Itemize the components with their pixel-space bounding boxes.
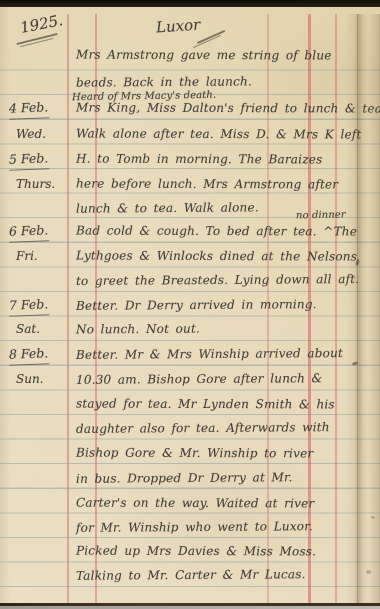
diary-line: lunch & to tea. Walk alone. bbox=[76, 197, 259, 218]
diary-line: H. to Tomb in morning. The Baraizes bbox=[76, 149, 322, 170]
diary-line: Talking to Mr. Carter & Mr Lucas. bbox=[76, 564, 306, 586]
diary-line: Bad cold & cough. To bed after tea. ^The bbox=[76, 221, 357, 242]
diary-line: daughter also for tea. Afterwards with bbox=[76, 417, 330, 439]
diary-line: Better. Mr & Mrs Winship arrived about bbox=[76, 343, 343, 365]
entry-day: Wed. bbox=[16, 124, 46, 144]
diary-line: Carter's on the way. Waited at river bbox=[76, 493, 314, 514]
entry-date: 5 Feb. bbox=[9, 149, 49, 170]
diary-line: Lythgoes & Winlocks dined at the Nelsons bbox=[76, 246, 357, 267]
entry-day: Thurs. bbox=[16, 174, 55, 194]
entry-day: Sun. bbox=[16, 369, 44, 389]
title-underline-flourish bbox=[197, 30, 225, 44]
diary-line: stayed for tea. Mr Lynden Smith & his bbox=[76, 394, 335, 415]
diary-line: to greet the Breasteds. Lying down all a… bbox=[76, 269, 359, 291]
diary-line: Mrs King, Miss Dalton's friend to lunch … bbox=[76, 97, 380, 118]
entry-date: 8 Feb. bbox=[9, 344, 49, 365]
ink-smudge bbox=[352, 361, 359, 366]
diary-line: here before lunch. Mrs Armstrong after bbox=[76, 174, 338, 195]
photo-top-edge bbox=[0, 0, 380, 7]
diary-line: beads. Back in the launch. bbox=[76, 71, 252, 92]
diary-line: 10.30 am. Bishop Gore after lunch & bbox=[76, 368, 323, 390]
diary-line: Walk alone after tea. Miss D. & Mrs K le… bbox=[76, 124, 362, 145]
entry-day: Sat. bbox=[16, 319, 40, 339]
notebook-page: 1925. Luxor Mrs Armstrong gave me string… bbox=[0, 7, 380, 604]
ink-smudge bbox=[371, 515, 376, 520]
page-title: Luxor bbox=[155, 15, 200, 36]
diary-line: for Mr. Winship who went to Luxor. bbox=[76, 516, 313, 538]
diary-line: Bishop Gore & Mr. Winship to river bbox=[76, 443, 313, 464]
margin-line-left-1 bbox=[67, 14, 69, 609]
entry-date: 6 Feb. bbox=[9, 221, 49, 242]
entry-day: Fri. bbox=[16, 246, 38, 266]
entry-date: 7 Feb. bbox=[9, 295, 49, 316]
ink-smudge bbox=[366, 570, 371, 574]
diary-line: Better. Dr Derry arrived in morning. bbox=[76, 294, 317, 316]
diary-page-photo: 1925. Luxor Mrs Armstrong gave me string… bbox=[0, 0, 380, 609]
entry-date: 4 Feb. bbox=[9, 98, 49, 119]
diary-line: Mrs Armstrong gave me string of blue bbox=[76, 45, 332, 66]
diary-line: No lunch. Not out. bbox=[76, 319, 200, 340]
diary-line: Picked up Mrs Davies & Miss Moss. bbox=[76, 541, 316, 562]
diary-line: in bus. Dropped Dr Derry at Mr. bbox=[76, 467, 293, 489]
